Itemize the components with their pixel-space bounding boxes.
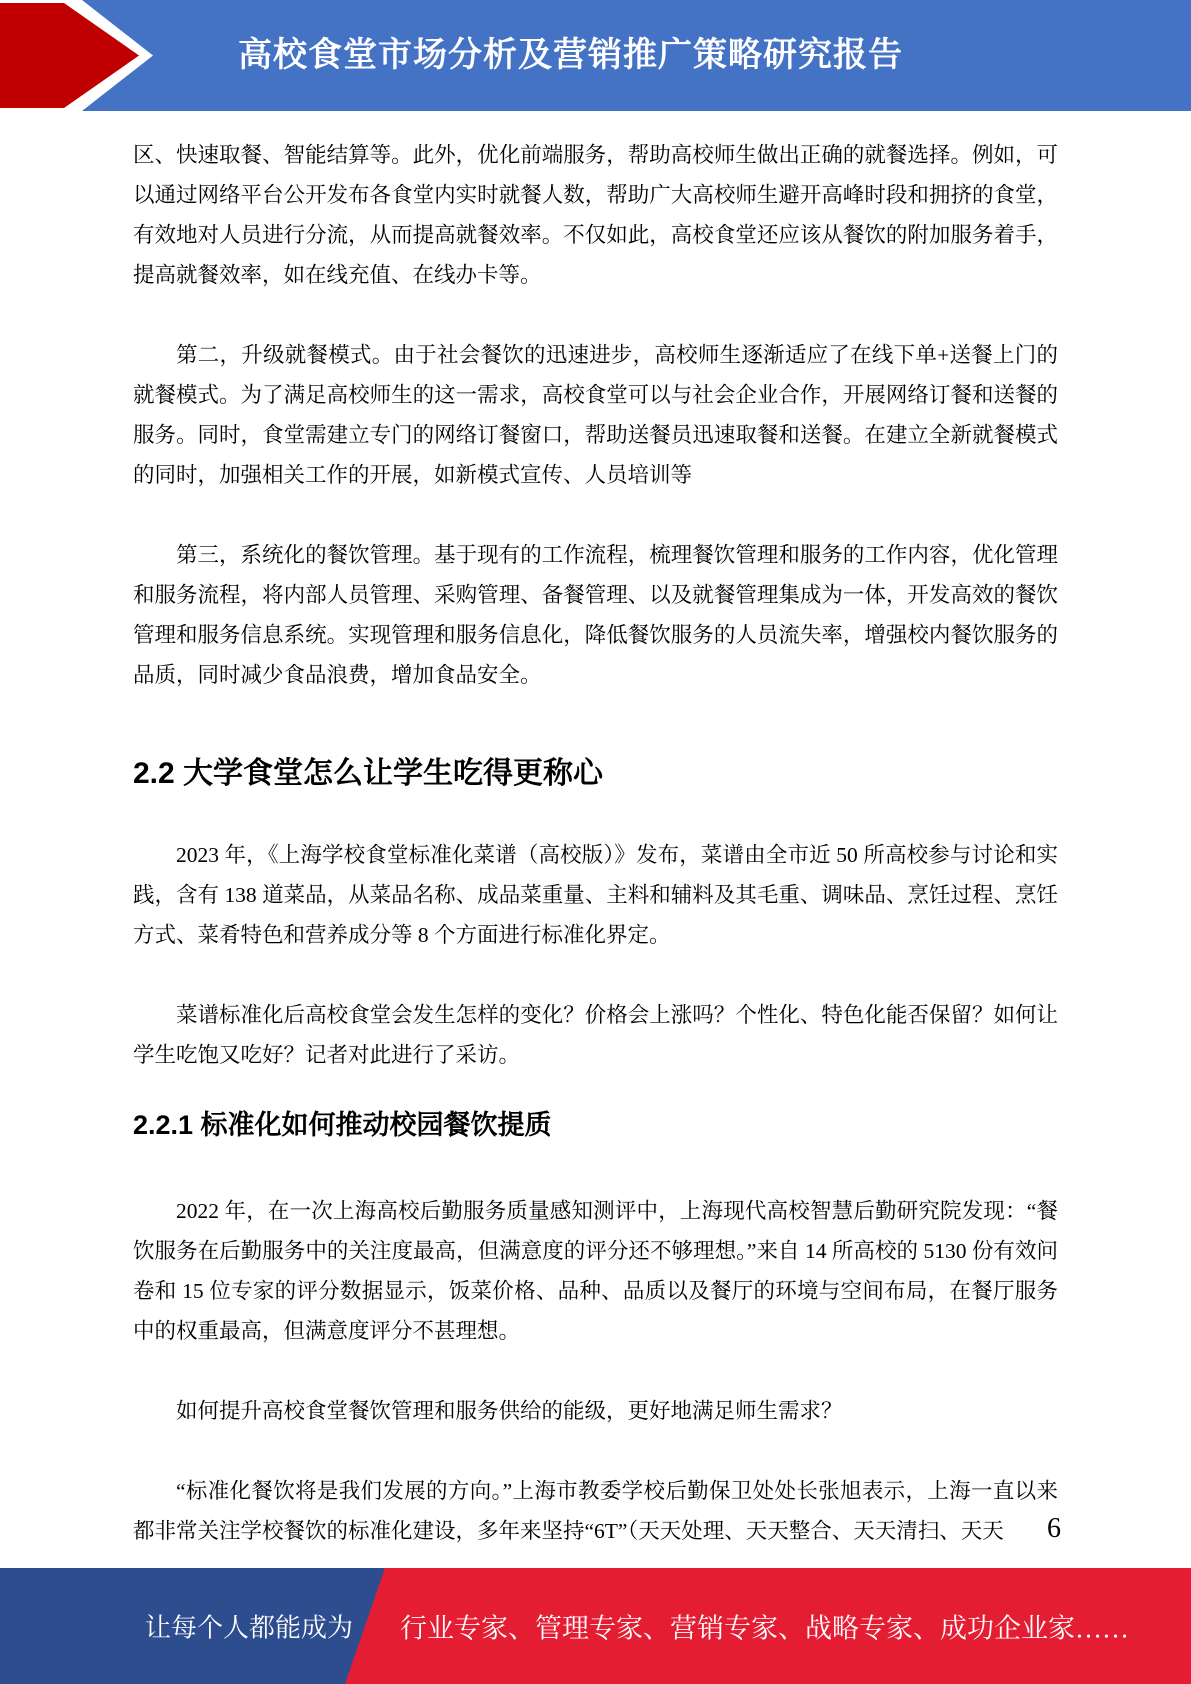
paragraph-systematic-management: 第三，系统化的餐饮管理。基于现有的工作流程，梳理餐饮管理和服务的工作内容，优化管…: [133, 535, 1058, 695]
paragraph-dining-mode: 第二，升级就餐模式。由于社会餐饮的迅速进步，高校师生逐渐适应了在线下单+送餐上门…: [133, 335, 1058, 495]
footer-slogan-left: 让每个人都能成为: [145, 1608, 353, 1645]
paragraph-standardization-questions: 菜谱标准化后高校食堂会发生怎样的变化？价格会上涨吗？个性化、特色化能否保留？如何…: [133, 995, 1058, 1075]
paragraph-question-upgrade: 如何提升高校食堂餐饮管理和服务供给的能级，更好地满足师生需求？: [133, 1391, 1058, 1431]
paragraph-standard-menu-2023: 2023 年，《上海学校食堂标准化菜谱（高校版）》发布，菜谱由全市近 50 所高…: [133, 835, 1058, 955]
page-number: 6: [1047, 1512, 1061, 1546]
paragraph-continuation: 区、快速取餐、智能结算等。此外，优化前端服务，帮助高校师生做出正确的就餐选择。例…: [133, 135, 1058, 295]
footer-slogan-right: 行业专家、管理专家、营销专家、战略专家、成功企业家……: [400, 1607, 1129, 1646]
paragraph-survey-2022: 2022 年，在一次上海高校后勤服务质量感知测评中，上海现代高校智慧后勤研究院发…: [133, 1191, 1058, 1351]
paragraph-zhangxu-quote: “标准化餐饮将是我们发展的方向。”上海市教委学校后勤保卫处处长张旭表示，上海一直…: [133, 1471, 1058, 1551]
report-page: 高校食堂市场分析及营销推广策略研究报告 区、快速取餐、智能结算等。此外，优化前端…: [0, 0, 1191, 1684]
page-header: 高校食堂市场分析及营销推广策略研究报告: [0, 0, 1191, 111]
page-footer: 让每个人都能成为 行业专家、管理专家、营销专家、战略专家、成功企业家……: [0, 1568, 1191, 1684]
page-body: 区、快速取餐、智能结算等。此外，优化前端服务，帮助高校师生做出正确的就餐选择。例…: [0, 111, 1191, 1551]
section-heading-2-2: 2.2 大学食堂怎么让学生吃得更称心: [133, 753, 1058, 795]
section-heading-2-2-1: 2.2.1 标准化如何推动校园餐饮提质: [133, 1105, 1058, 1145]
report-title: 高校食堂市场分析及营销推广策略研究报告: [0, 0, 1166, 107]
